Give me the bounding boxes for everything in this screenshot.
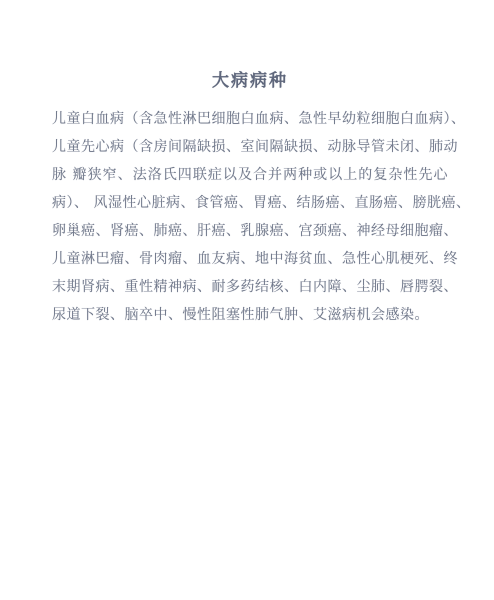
body-line: 病）、 风湿性心脏病、食管癌、胃癌、结肠癌、直肠癌、膀胱癌、 [52, 189, 448, 217]
body-line: 儿童淋巴瘤、骨肉瘤、血友病、地中海贫血、急性心肌梗死、终 [52, 245, 448, 273]
body-line: 尿道下裂、脑卒中、慢性阻塞性肺气肿、艾滋病机会感染。 [52, 301, 448, 329]
body-line: 脉 瓣狭窄、法洛氏四联症以及合并两种或以上的复杂性先心 [52, 161, 448, 189]
document-title: 大病病种 [52, 70, 448, 92]
body-line: 卵巢癌、肾癌、肺癌、肝癌、乳腺癌、宫颈癌、神经母细胞瘤、 [52, 217, 448, 245]
document-body: 儿童白血病（含急性淋巴细胞白血病、急性早幼粒细胞白血病）、 儿童先心病（含房间隔… [52, 105, 448, 329]
body-line: 末期肾病、重性精神病、耐多药结核、白内障、尘肺、唇腭裂、 [52, 273, 448, 301]
body-line: 儿童白血病（含急性淋巴细胞白血病、急性早幼粒细胞白血病）、 [52, 105, 448, 133]
body-line: 儿童先心病（含房间隔缺损、室间隔缺损、动脉导管未闭、肺动 [52, 133, 448, 161]
scanned-document-page: 大病病种 儿童白血病（含急性淋巴细胞白血病、急性早幼粒细胞白血病）、 儿童先心病… [0, 0, 494, 600]
document-content: 大病病种 儿童白血病（含急性淋巴细胞白血病、急性早幼粒细胞白血病）、 儿童先心病… [52, 70, 448, 329]
